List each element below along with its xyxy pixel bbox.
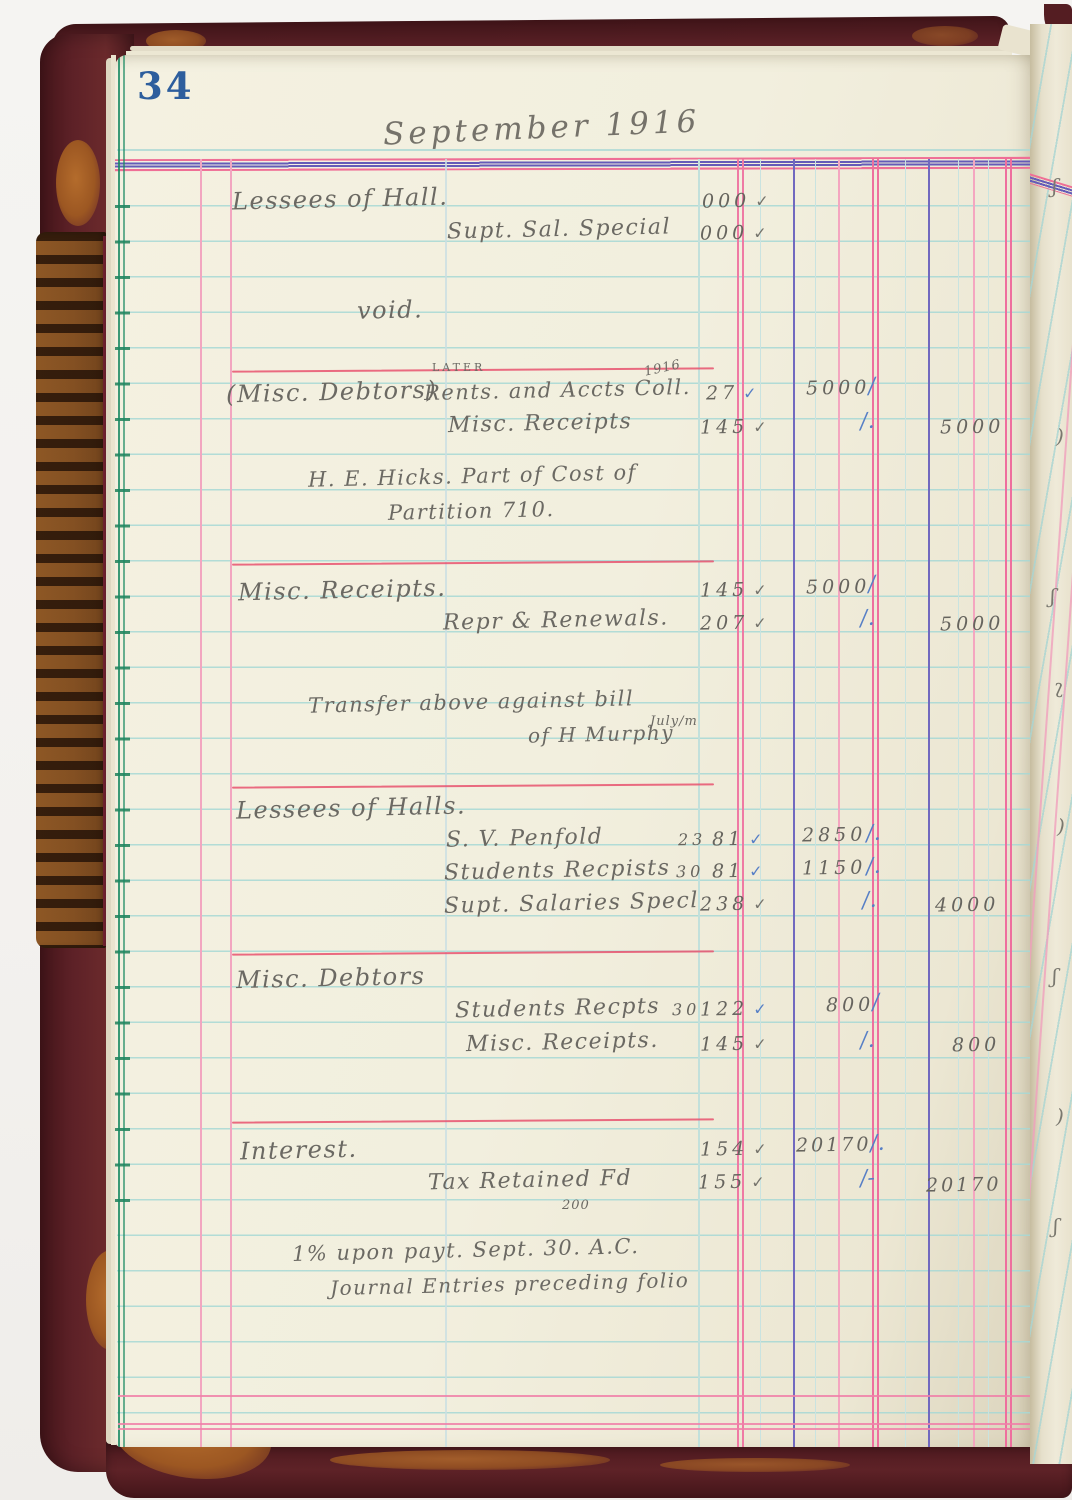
credit-amount: 20170 [926, 1173, 1002, 1196]
entry-description: Misc. Debtors [236, 962, 426, 994]
checkmark-icon: ✓ [748, 894, 767, 913]
entry-description: Lessees of Halls. [236, 791, 467, 824]
entry-description: Students Recpists [444, 855, 671, 885]
column-rule-cyan [698, 159, 700, 1447]
entry-description: Tax Retained Fd [428, 1166, 633, 1196]
posting-mark-icon: ∕. [861, 888, 877, 914]
handwriting-fragment: ʃ [1052, 964, 1057, 988]
checkmark-icon: ✓ [748, 613, 767, 632]
margin-rule-green [118, 55, 120, 1447]
margin-rule-green [123, 55, 125, 1447]
handwriting-fragment: ) [1056, 1104, 1064, 1128]
posting-mark-icon: ∕. [859, 606, 875, 632]
folio-number: 122✓ [700, 997, 767, 1020]
entry-description: Students Recpts [455, 994, 661, 1024]
entry-description: Repr & Renewals. [443, 605, 669, 635]
folio-number: 154✓ [700, 1137, 767, 1160]
facing-page-ruled-lines [1030, 24, 1072, 1464]
checkmark-icon: ✓ [748, 999, 767, 1018]
ruled-line-horizontal [117, 149, 1031, 151]
day-number: 30 [676, 862, 705, 881]
column-rule-cyan [905, 159, 906, 1447]
column-rule-pink [1010, 159, 1012, 1447]
column-rule-cyan [958, 159, 959, 1447]
posting-mark-icon: ∕. [869, 1131, 885, 1157]
checkmark-icon: ✓ [748, 1034, 767, 1053]
folio-number: 81✓ [712, 828, 763, 851]
debit-amount: 5000 [806, 376, 871, 399]
credit-column-rule-purple [928, 159, 930, 1447]
checkmark-icon: ✓ [748, 417, 767, 436]
column-rule-pink [973, 159, 975, 1447]
handwriting-fragment: ʃ [1052, 174, 1057, 198]
facing-page-gutter: ʃ ) ʃ ʅ ) ʃ ) ʃ [1030, 24, 1072, 1464]
debit-amount: 1150 [802, 856, 867, 879]
worn-leather-patch [912, 26, 978, 46]
ledger-photo-scene: 34 September 1916 Lessees of Hall. 000✓ … [0, 0, 1072, 1500]
entry-description: Supt. Sal. Special [447, 214, 672, 244]
posting-mark-icon: ∕. [859, 409, 875, 435]
debit-amount: 800 [826, 994, 875, 1017]
column-rule-pink [872, 159, 874, 1447]
checkmark-icon: ✓ [748, 223, 767, 242]
handwriting-fragment: ) [1057, 814, 1065, 838]
checkmark-icon: ✓ [748, 1139, 767, 1158]
day-number: 23 [678, 830, 707, 849]
handwriting-fragment: ʅ [1054, 674, 1064, 698]
column-rule-pink [200, 159, 202, 1447]
posting-mark-icon: ∕. [865, 821, 881, 847]
column-rule-cyan [760, 159, 761, 1447]
footer-rule-pink [118, 1395, 1030, 1397]
void-note: void. [357, 295, 424, 324]
debit-column-rule-purple [793, 159, 795, 1447]
folio-number: 000✓ [700, 221, 767, 244]
posting-mark-icon: ∕. [859, 1028, 875, 1054]
later-annotation: LATER [432, 361, 485, 374]
credit-amount: 5000 [940, 612, 1005, 635]
header-rule-band [115, 157, 1035, 171]
memo-subscript: 200 [562, 1198, 590, 1213]
day-number: 30 [672, 1000, 701, 1019]
folio-number: 000✓ [702, 189, 769, 212]
handwriting-fragment: ʃ [1053, 1214, 1058, 1238]
debit-amount: 2850 [802, 823, 867, 846]
posting-mark-icon: ∕- [859, 1166, 876, 1192]
entry-description: Interest. [240, 1135, 358, 1166]
footer-rule-pink [118, 1423, 1030, 1425]
handwriting-fragment: ʃ [1050, 584, 1055, 608]
checkmark-icon: ✓ [750, 191, 769, 210]
worn-leather-patch [56, 140, 100, 226]
checkmark-icon: ✓ [744, 862, 763, 881]
folio-number: 155✓ [698, 1170, 765, 1193]
folio-number: 145✓ [700, 1032, 767, 1055]
folio-number: 145✓ [700, 578, 767, 601]
credit-amount: 800 [952, 1034, 1001, 1057]
entry-description: Misc. Receipts [448, 409, 633, 438]
worn-leather-patch [660, 1458, 850, 1472]
posting-mark-icon: ∕. [865, 854, 881, 880]
page-number: 34 [137, 64, 195, 108]
debit-amount: 5000 [806, 575, 871, 598]
entry-description: S. V. Penfold [446, 824, 604, 853]
debit-amount: 20170 [796, 1133, 872, 1156]
memo-superscript: July/m [650, 714, 698, 729]
folio-number: 27✓ [706, 382, 757, 405]
folio-number: 207✓ [700, 611, 767, 634]
entry-description: Misc. Receipts. [238, 574, 447, 607]
entry-description: Lessees of Hall. [232, 183, 449, 216]
entry-description: Misc. Receipts. [466, 1028, 659, 1057]
folio-column-rule-pink [737, 159, 739, 1447]
column-rule-pink [1005, 159, 1007, 1447]
credit-amount: 5000 [940, 415, 1005, 438]
folio-number: 238✓ [700, 892, 767, 915]
column-rule-pink [877, 159, 879, 1447]
checkmark-icon: ✓ [744, 830, 763, 849]
column-rule-cyan [815, 159, 816, 1447]
folio-number: 145✓ [700, 415, 767, 438]
column-rule-pink [838, 159, 840, 1447]
checkmark-icon: ✓ [748, 580, 767, 599]
entry-description: (Misc. Debtors) [226, 376, 438, 409]
column-rule-pink [230, 159, 232, 1447]
credit-amount: 4000 [935, 893, 1000, 916]
checkmark-icon: ✓ [738, 384, 757, 403]
memo-line: Partition 710. [388, 497, 555, 525]
book-spine-ribbed-texture [36, 232, 106, 948]
checkmark-icon: ✓ [746, 1172, 765, 1191]
footer-rule-pink [118, 1428, 1030, 1430]
folio-number: 81✓ [712, 860, 763, 883]
handwriting-fragment: ) [1056, 424, 1064, 448]
column-rule-cyan [988, 159, 989, 1447]
folio-column-rule-pink [742, 159, 744, 1447]
worn-leather-patch [330, 1450, 610, 1470]
